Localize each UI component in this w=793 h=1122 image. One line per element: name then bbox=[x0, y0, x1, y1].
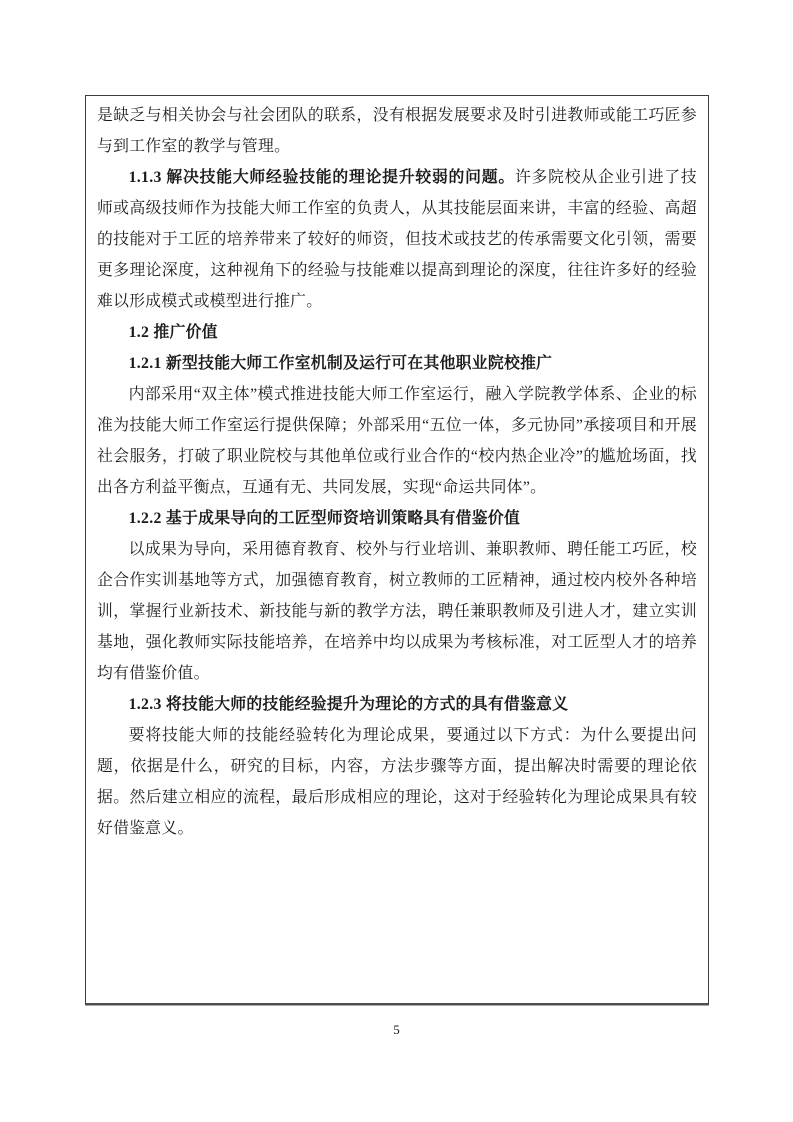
text-run: 要将技能大师的技能经验转化为理论成果，要通过以下方式：为什么要提出问题，依据是什… bbox=[97, 727, 697, 837]
bold-text-run: 1.2.3 将技能大师的技能经验提升为理论的方式的具有借鉴意义 bbox=[129, 696, 569, 713]
body-paragraph: 以成果为导向，采用德育教育、校外与行业培训、兼职教师、聘任能工巧匠，校企合作实训… bbox=[97, 534, 697, 689]
bold-text-run: 1.2.2 基于成果导向的工匠型师资培训策略具有借鉴价值 bbox=[129, 510, 520, 527]
text-run: 许多院校从企业引进了技师或高级技师作为技能大师工作室的负责人，从其技能层面来讲，… bbox=[97, 169, 697, 310]
page-footer: 5 bbox=[0, 1021, 793, 1039]
bold-text-run: 1.2 推广价值 bbox=[129, 324, 218, 341]
heading-paragraph: 1.2.2 基于成果导向的工匠型师资培训策略具有借鉴价值 bbox=[97, 503, 697, 534]
content-table-cell: 是缺乏与相关协会与社会团队的联系，没有根据发展要求及时引进教师或能工巧匠参与到工… bbox=[85, 95, 709, 1005]
bold-text-run: 1.1.3 解决技能大师经验技能的理论提升较弱的问题。 bbox=[129, 169, 515, 186]
body-paragraph: 是缺乏与相关协会与社会团队的联系，没有根据发展要求及时引进教师或能工巧匠参与到工… bbox=[97, 100, 697, 162]
heading-paragraph: 1.1.3 解决技能大师经验技能的理论提升较弱的问题。许多院校从企业引进了技师或… bbox=[97, 162, 697, 317]
text-run: 以成果为导向，采用德育教育、校外与行业培训、兼职教师、聘任能工巧匠，校企合作实训… bbox=[97, 541, 697, 682]
document-page: 是缺乏与相关协会与社会团队的联系，没有根据发展要求及时引进教师或能工巧匠参与到工… bbox=[0, 0, 793, 1122]
body-paragraph: 要将技能大师的技能经验转化为理论成果，要通过以下方式：为什么要提出问题，依据是什… bbox=[97, 720, 697, 844]
text-run: 内部采用“双主体”模式推进技能大师工作室运行，融入学院教学体系、企业的标准为技能… bbox=[97, 386, 697, 496]
heading-paragraph: 1.2.1 新型技能大师工作室机制及运行可在其他职业院校推广 bbox=[97, 348, 697, 379]
heading-paragraph: 1.2 推广价值 bbox=[97, 317, 697, 348]
document-body: 是缺乏与相关协会与社会团队的联系，没有根据发展要求及时引进教师或能工巧匠参与到工… bbox=[97, 100, 697, 844]
text-run: 是缺乏与相关协会与社会团队的联系，没有根据发展要求及时引进教师或能工巧匠参与到工… bbox=[97, 107, 697, 155]
heading-paragraph: 1.2.3 将技能大师的技能经验提升为理论的方式的具有借鉴意义 bbox=[97, 689, 697, 720]
page-number: 5 bbox=[393, 1022, 400, 1037]
body-paragraph: 内部采用“双主体”模式推进技能大师工作室运行，融入学院教学体系、企业的标准为技能… bbox=[97, 379, 697, 503]
bold-text-run: 1.2.1 新型技能大师工作室机制及运行可在其他职业院校推广 bbox=[129, 355, 553, 372]
